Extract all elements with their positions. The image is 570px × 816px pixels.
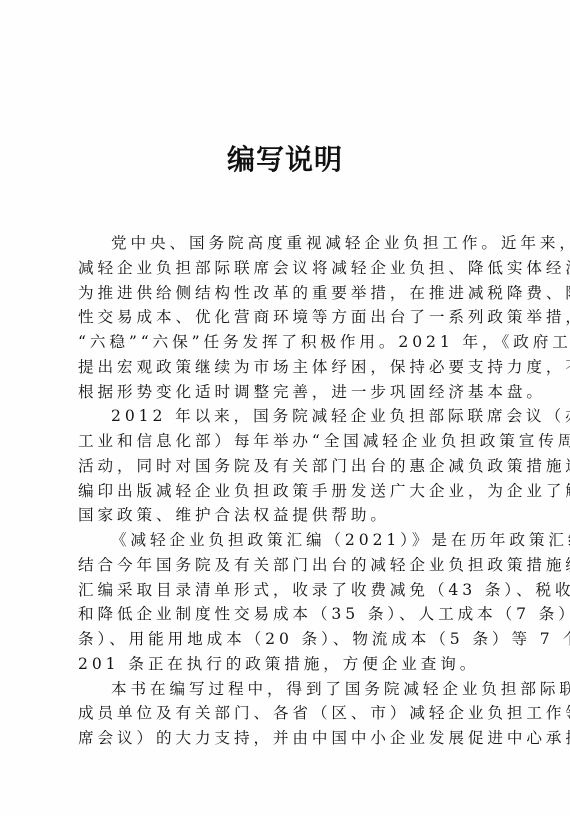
text-line: 性交易成本、优化营商环境等方面出台了一系列政策举措，为落实 [78,305,494,330]
text-line: 201 条正在执行的政策措施，方便企业查询。 [78,652,494,677]
text-line: 为推进供给侧结构性改革的重要举措，在推进减税降费、降低制度 [78,281,494,306]
paragraph-2: 2012 年以来，国务院减轻企业负担部际联席会议（办公室设在 工业和信息化部）每… [78,404,494,528]
text-line: 成员单位及有关部门、各省（区、市）减轻企业负担工作领导小组（联 [78,701,494,726]
text-line: 提出宏观政策继续为市场主体纾困，保持必要支持力度，不急转弯， [78,355,494,380]
text-line: 根据形势变化适时调整完善，进一步巩固经济基本盘。 [78,380,494,405]
body-text: 党中央、国务院高度重视减轻企业负担工作。近年来，国务院 减轻企业负担部际联席会议… [78,231,494,751]
text-line: 工业和信息化部）每年举办“全国减轻企业负担政策宣传周”系列 [78,429,494,454]
text-line: 结合今年国务院及有关部门出台的减轻企业负担政策措施编印而成。 [78,553,494,578]
text-line: 减轻企业负担部际联席会议将减轻企业负担、降低实体经济成本作 [78,256,494,281]
text-line: “六稳”“六保”任务发挥了积极作用。2021 年，《政府工作报告》 [78,330,494,355]
text-line: 汇编采取目录清单形式，收录了收费减免（43 条）、税收优惠（73 条） [78,578,494,603]
paragraph-3: 《减轻企业负担政策汇编（2021）》是在历年政策汇编基础上， 结合今年国务院及有… [78,528,494,677]
text-line: 编印出版减轻企业负担政策手册发送广大企业，为企业了解和享受 [78,479,494,504]
text-line: 席会议）的大力支持，并由中国中小企业发展促进中心承担了文件 [78,726,494,751]
text-line: 活动，同时对国务院及有关部门出台的惠企减负政策措施进行梳理， [78,454,494,479]
text-line: 2012 年以来，国务院减轻企业负担部际联席会议（办公室设在 [78,404,494,429]
text-line: 党中央、国务院高度重视减轻企业负担工作。近年来，国务院 [78,231,494,256]
text-line: 条）、用能用地成本（20 条）、物流成本（5 条）等 7 个方面共计 [78,627,494,652]
text-line: 和降低企业制度性交易成本（35 条）、人工成本（7 条）、融资成本（18 [78,602,494,627]
text-line: 国家政策、维护合法权益提供帮助。 [78,503,494,528]
document-page: 编写说明 党中央、国务院高度重视减轻企业负担工作。近年来，国务院 减轻企业负担部… [0,0,570,816]
page-title: 编写说明 [0,142,570,178]
paragraph-4: 本书在编写过程中，得到了国务院减轻企业负担部际联席会议 成员单位及有关部门、各省… [78,677,494,751]
text-line: 《减轻企业负担政策汇编（2021）》是在历年政策汇编基础上， [78,528,494,553]
text-line: 本书在编写过程中，得到了国务院减轻企业负担部际联席会议 [78,677,494,702]
paragraph-1: 党中央、国务院高度重视减轻企业负担工作。近年来，国务院 减轻企业负担部际联席会议… [78,231,494,404]
